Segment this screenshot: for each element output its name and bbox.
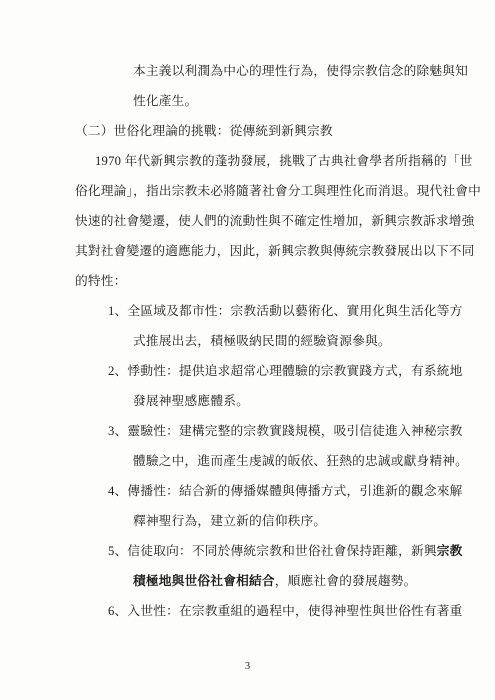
text-segment: 快速的社會變遷，使人們的流動性與不確定性增加，新興宗教訴求增強 xyxy=(75,214,475,228)
text-line: 性化產生。 xyxy=(75,86,465,116)
document-page: 本主義以利潤為中心的理性行為，使得宗教信念的除魅與知性化產生。（二）世俗化理論的… xyxy=(0,0,495,700)
text-line: 1、全區域及都市性：宗教活動以藝術化、實用化與生活化等方 xyxy=(75,296,465,326)
text-line: 俗化理論」，指出宗教未必將隨著社會分工與理性化而消退。現代社會中 xyxy=(75,176,465,206)
text-line: 其對社會變遷的適應能力，因此，新興宗教與傳統宗教發展出以下不同 xyxy=(75,236,465,266)
text-line: 式推展出去，積極吸納民間的經驗資源參與。 xyxy=(75,326,465,356)
text-segment: 體驗之中，進而產生虔誠的皈依、狂熱的忠誠或獻身精神。 xyxy=(133,454,468,468)
text-segment: 釋神聖行為，建立新的信仰秩序。 xyxy=(133,514,326,528)
text-segment-bold: 積極地與世俗社會相結合 xyxy=(133,574,275,588)
text-segment: 俗化理論」，指出宗教未必將隨著社會分工與理性化而消退。現代社會中 xyxy=(75,184,481,198)
text-segment: 本主義以利潤為中心的理性行為，使得宗教信念的除魅與知 xyxy=(133,64,468,78)
text-segment: 2、悸動性：提供追求超常心理體驗的宗教實踐方式，有系統地 xyxy=(108,364,463,378)
text-segment: 5、信徒取向：不同於傳統宗教和世俗社會保持距離，新興 xyxy=(108,544,437,558)
text-line: 體驗之中，進而產生虔誠的皈依、狂熱的忠誠或獻身精神。 xyxy=(75,446,465,476)
text-segment: （二）世俗化理論的挑戰：從傳統到新興宗教 xyxy=(75,124,333,138)
text-line: 5、信徒取向：不同於傳統宗教和世俗社會保持距離，新興宗教 xyxy=(75,536,465,566)
text-segment: 發展神聖感應體系。 xyxy=(133,394,249,408)
text-line: 的特性： xyxy=(75,266,465,296)
text-segment: 4、傳播性：結合新的傳播媒體與傳播方式，引進新的觀念來解 xyxy=(108,484,463,498)
document-body: 本主義以利潤為中心的理性行為，使得宗教信念的除魅與知性化產生。（二）世俗化理論的… xyxy=(75,56,465,626)
text-line: 發展神聖感應體系。 xyxy=(75,386,465,416)
text-line: 1970 年代新興宗教的蓬勃發展，挑戰了古典社會學者所指稱的「世 xyxy=(75,146,465,176)
text-segment: 3、靈驗性：建構完整的宗教實踐規模，吸引信徒進入神秘宗教 xyxy=(108,424,463,438)
text-segment: 6、入世性：在宗教重組的過程中，使得神聖性與世俗性有著重 xyxy=(108,604,463,618)
text-segment: 1、全區域及都市性：宗教活動以藝術化、實用化與生活化等方 xyxy=(108,304,463,318)
page-number: 3 xyxy=(0,661,495,672)
text-segment: 式推展出去，積極吸納民間的經驗資源參與。 xyxy=(133,334,391,348)
text-line: 3、靈驗性：建構完整的宗教實踐規模，吸引信徒進入神秘宗教 xyxy=(75,416,465,446)
text-line: 2、悸動性：提供追求超常心理體驗的宗教實踐方式，有系統地 xyxy=(75,356,465,386)
text-line: 6、入世性：在宗教重組的過程中，使得神聖性與世俗性有著重 xyxy=(75,596,465,626)
text-segment: 的特性： xyxy=(75,274,127,288)
text-segment: 性化產生。 xyxy=(133,94,197,108)
text-line: 快速的社會變遷，使人們的流動性與不確定性增加，新興宗教訴求增強 xyxy=(75,206,465,236)
text-line: （二）世俗化理論的挑戰：從傳統到新興宗教 xyxy=(75,116,465,146)
text-line: 釋神聖行為，建立新的信仰秩序。 xyxy=(75,506,465,536)
text-segment: 其對社會變遷的適應能力，因此，新興宗教與傳統宗教發展出以下不同 xyxy=(75,244,475,258)
text-line: 本主義以利潤為中心的理性行為，使得宗教信念的除魅與知 xyxy=(75,56,465,86)
text-segment: ，順應社會的發展趨勢。 xyxy=(275,574,417,588)
text-line: 4、傳播性：結合新的傳播媒體與傳播方式，引進新的觀念來解 xyxy=(75,476,465,506)
text-segment-bold: 宗教 xyxy=(437,544,463,558)
text-segment: 1970 年代新興宗教的蓬勃發展，挑戰了古典社會學者所指稱的「世 xyxy=(95,154,473,168)
text-line: 積極地與世俗社會相結合，順應社會的發展趨勢。 xyxy=(75,566,465,596)
